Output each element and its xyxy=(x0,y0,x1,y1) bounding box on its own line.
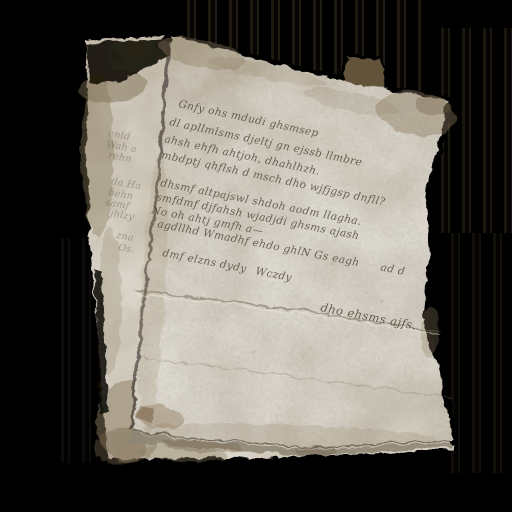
back-paper-stain xyxy=(92,427,144,463)
front-paper-stain xyxy=(135,405,152,420)
front-paper-sheet xyxy=(124,29,458,454)
letter-stack-icon[interactable]: enld Wah a rehn da Ha behn samf jhlzy zn… xyxy=(0,0,512,512)
front-paper-speck xyxy=(250,348,254,352)
front-paper-speck xyxy=(378,298,381,301)
page-edge-stain xyxy=(293,444,337,454)
paper-stack-illustration: enld Wah a rehn da Ha behn samf jhlzy zn… xyxy=(0,0,512,512)
